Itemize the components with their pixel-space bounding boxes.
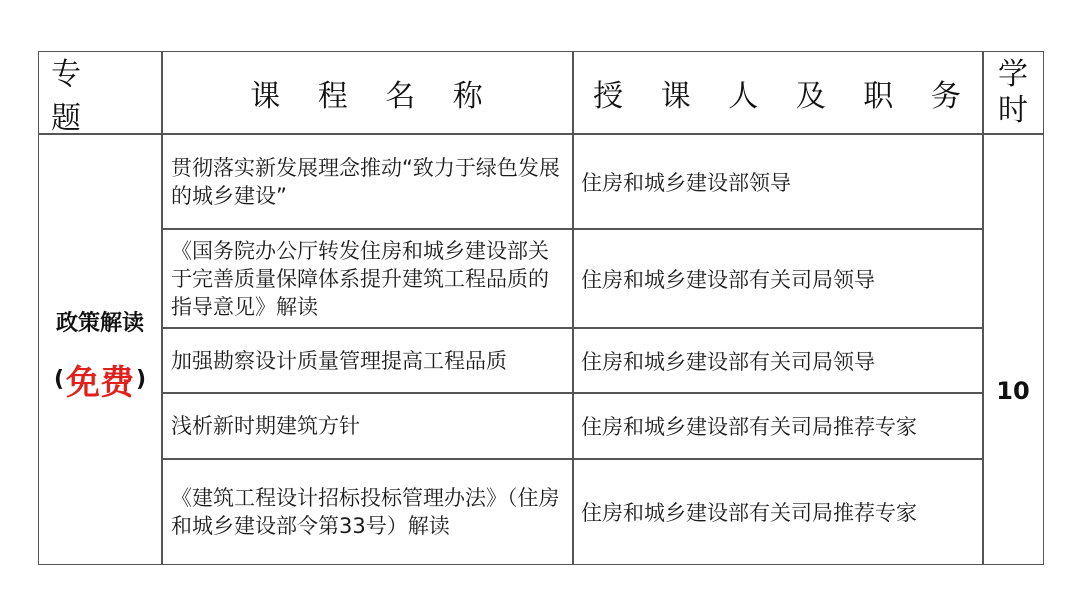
paren-close: ) [136,367,146,392]
course-name-cell: 《建筑工程设计招标投标管理办法》（住房和城乡建设部令第33号）解读 [163,460,572,564]
lecturer-cell: 住房和城乡建设部领导 [574,135,982,228]
course-name-cell: 加强勘察设计质量管理提高工程品质 [163,329,572,392]
header-lecturer: 授 课 人 及 职 务 [574,52,982,133]
header-hours: 学 时 [984,52,1042,133]
topic-name: 政策解读 [56,306,144,337]
header-topic: 专 题 [39,52,161,133]
topic-cell: 政策解读 ( 免费 ) [39,135,161,565]
header-hours-line2: 时 [998,93,1028,129]
lecturer-cell: 住房和城乡建设部有关司局领导 [574,230,982,327]
course-table: 专 题 课 程 名 称 授 课 人 及 职 务 学 时 政策解读 ( 免费 ) … [38,51,1044,565]
lecturer-cell: 住房和城乡建设部有关司局推荐专家 [574,394,982,458]
lecturer-cell: 住房和城乡建设部有关司局领导 [574,329,982,392]
header-course-name: 课 程 名 称 [163,52,572,133]
course-name-cell: 浅析新时期建筑方针 [163,394,572,458]
paren-open: ( [54,367,64,392]
course-name-cell: 贯彻落实新发展理念推动“致力于绿色发展的城乡建设” [163,135,572,228]
course-name-cell: 《国务院办公厅转发住房和城乡建设部关于完善质量保障体系提升建筑工程品质的指导意见… [163,230,572,327]
header-hours-line1: 学 [998,57,1028,93]
lecturer-cell: 住房和城乡建设部有关司局推荐专家 [574,460,982,564]
free-badge: ( 免费 ) [54,355,146,404]
free-label: 免费 [66,355,134,404]
hours-value: 10 [984,135,1042,405]
